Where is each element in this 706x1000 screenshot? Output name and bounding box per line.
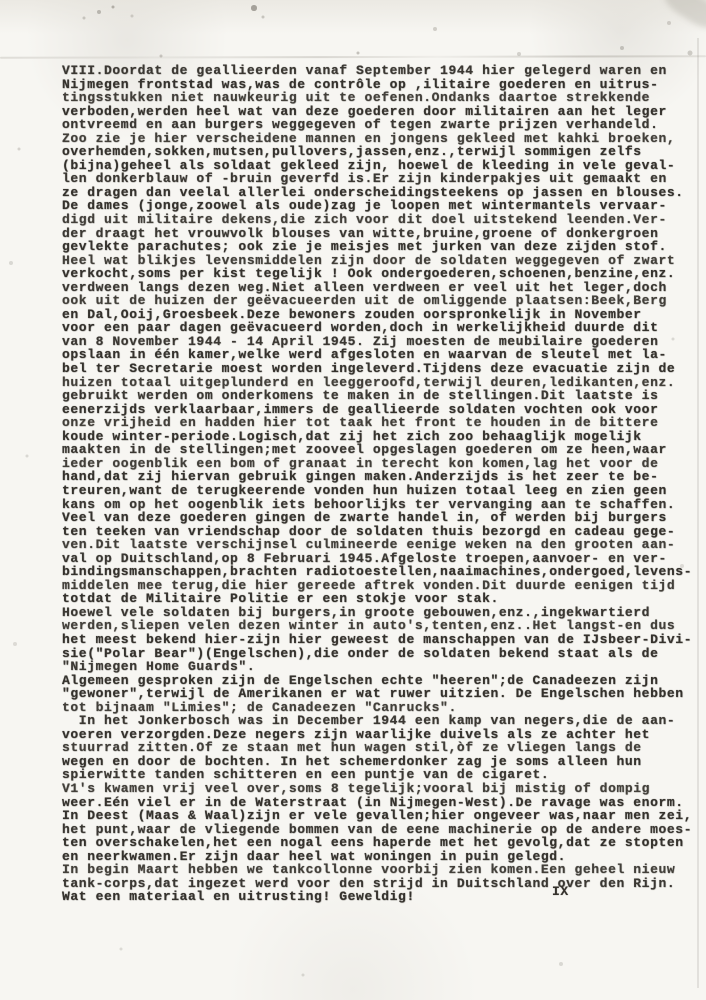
text-line: "Nijmegen Home Guards".: [62, 660, 702, 674]
text-line: Heel wat blikjes levensmiddelen zijn doo…: [62, 254, 702, 268]
text-line: In begin Maart hebben we tankcollonne vo…: [62, 863, 702, 877]
scanned-page: VIII.Doordat de geallieerden vanaf Septe…: [0, 0, 706, 1000]
text-line: onze vrijheid en hadden hier tot taak he…: [62, 416, 702, 430]
text-line: van 8 November 1944 - 14 April 1945. Zij…: [62, 335, 702, 349]
text-line: werden,sliepen velen dezen winter in aut…: [62, 619, 702, 633]
text-line: maakten in de stellingen;met zooveel opg…: [62, 443, 702, 457]
text-line: De dames (jonge,zoowel als oude)zag je l…: [62, 199, 702, 213]
text-line: ven.Dit laatste verschijnsel culmineerde…: [62, 538, 702, 552]
text-line: Zoo zie je hier verscheidene mannen en j…: [62, 132, 702, 146]
text-line: verkocht,soms per kist tegelijk ! Ook on…: [62, 267, 702, 281]
text-line: voeren verzorgden.Deze negers zijn waarl…: [62, 728, 702, 742]
text-line: middelen mee terug,die hier gereede aftr…: [62, 579, 702, 593]
text-line: "gewoner",terwijl de Amerikanen er wat r…: [62, 687, 702, 701]
text-line: overhemden,sokken,mutsen,pullovers,jasse…: [62, 145, 702, 159]
text-line: huizen totaal uitgeplunderd en leeggeroo…: [62, 376, 702, 390]
text-line: tank-corps,dat ingezet werd voor den str…: [62, 877, 702, 891]
scan-corner-smudge-artifact: [660, 0, 706, 34]
text-line: totdat de Militaire Politie er een stokj…: [62, 592, 702, 606]
text-line: ieder oogenblik een bom of granaat in te…: [62, 457, 702, 471]
text-line: VIII.Doordat de geallieerden vanaf Septe…: [62, 64, 702, 78]
scan-crease-artifact: [0, 55, 706, 58]
text-line: In Deest (Maas & Waal)zijn er vele geval…: [62, 809, 702, 823]
text-line: voor een paar dagen geëvacueerd worden,d…: [62, 321, 702, 335]
text-line: en Dal,Ooij,Groesbeek.Deze bewoners zoud…: [62, 308, 702, 322]
text-line: ten overschakelen,het een nogal eens hap…: [62, 836, 702, 850]
text-line: hand,dat zij hiervan gebruik gingen make…: [62, 470, 702, 484]
text-line: In het Jonkerbosch was in December 1944 …: [62, 714, 702, 728]
text-line: tot bijnaam "Limies"; de Canadeezen "Can…: [62, 701, 702, 715]
text-line: ook uit de huizen der geëvacueerden uit …: [62, 294, 702, 308]
text-line: der draagt het vrouwvolk blouses van wit…: [62, 227, 702, 241]
text-line: het punt,waar de vliegende bommen van de…: [62, 823, 702, 837]
scan-speck-artifacts: [0, 0, 2, 2]
text-line: treuren,want de terugkeerende vonden hun…: [62, 484, 702, 498]
text-line: ontvreemd en aan burgers weggegeven of t…: [62, 118, 702, 132]
typewritten-text-block: VIII.Doordat de geallieerden vanaf Septe…: [62, 64, 702, 904]
text-line: stuurrad zitten.Of ze staan met hun wage…: [62, 741, 702, 755]
text-line: opslaan in één kamer,welke werd afgeslot…: [62, 348, 702, 362]
text-line: verboden,werden heel wat van deze goeder…: [62, 105, 702, 119]
text-line: kans om op het oogenblik iets behoorlijk…: [62, 498, 702, 512]
page-number: IX: [552, 884, 569, 899]
text-line: Algemeen gesproken zijn de Engelschen ec…: [62, 674, 702, 688]
text-line: bindingsmanschappen,brachten radiotoeste…: [62, 565, 702, 579]
text-line: Nijmegen frontstad was,was de contrôle o…: [62, 78, 702, 92]
text-line: (bijna)geheel als soldaat gekleed zijn, …: [62, 159, 702, 173]
text-line: verdween langs dezen weg.Niet alleen ver…: [62, 281, 702, 295]
text-line: tingsstukken niet nauwkeurig uit te oefe…: [62, 91, 702, 105]
text-line: digd uit militaire dekens,die zich voor …: [62, 213, 702, 227]
text-line: Veel van deze goederen gingen de zwarte …: [62, 511, 702, 525]
text-line: bel ter Secretarie moest worden ingeleve…: [62, 362, 702, 376]
text-line: V1's kwamen vrij veel over,soms 8 tegeli…: [62, 782, 702, 796]
text-line: gebruikt werden om onderkomens te maken …: [62, 389, 702, 403]
text-line: spierwitte tanden schitteren en een punt…: [62, 768, 702, 782]
text-line: weer.Eén viel er in de Waterstraat (in N…: [62, 796, 702, 810]
text-line: val op Duitschland,op 8 Februari 1945.Af…: [62, 552, 702, 566]
text-line: ten teeken van vriendschap door de solda…: [62, 525, 702, 539]
text-line: ze dragen dan veelal allerlei onderschei…: [62, 186, 702, 200]
text-line: Hoewel vele soldaten bij burgers,in groo…: [62, 606, 702, 620]
text-line: eenerzijds verklaarbaar,immers de gealli…: [62, 403, 702, 417]
text-line: len donkerblauw of -bruin geverfd is.Er …: [62, 172, 702, 186]
text-line: het meest bekend hier-zijn hier geweest …: [62, 633, 702, 647]
text-line: koude winter-periode.Logisch,dat zij het…: [62, 430, 702, 444]
text-line: wegen en door de bochten. In het schemer…: [62, 755, 702, 769]
text-line: gevlekte parachutes; ook zie je meisjes …: [62, 240, 702, 254]
text-line: Wat een materiaal en uitrusting! Geweldi…: [62, 890, 702, 904]
text-line: en neerkwamen.Er zijn daar heel wat woni…: [62, 850, 702, 864]
text-line: sie("Polar Bear")(Engelschen),die onder …: [62, 647, 702, 661]
